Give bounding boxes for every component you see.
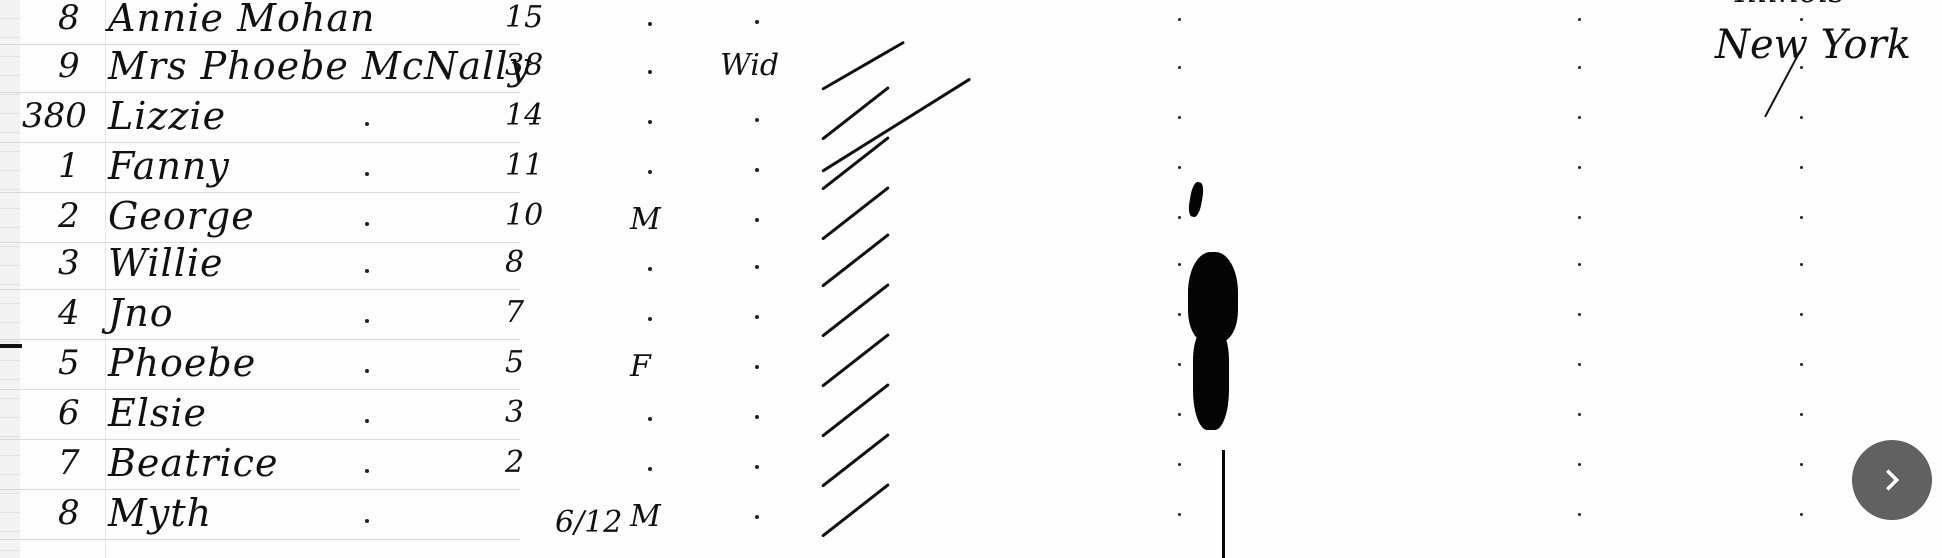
passenger-name: Beatrice <box>108 441 278 485</box>
ink-blot <box>1188 252 1238 342</box>
line-number: 4 <box>58 293 80 333</box>
passenger-name: George <box>108 194 255 238</box>
ink-line <box>1222 450 1225 558</box>
ditto-dot <box>1178 363 1181 366</box>
age-value: 3 <box>505 395 524 430</box>
record-row: 2George10M <box>0 198 1942 248</box>
ditto-dot <box>648 120 652 124</box>
ditto-dot <box>1178 166 1181 169</box>
ditto-dot <box>1800 166 1803 169</box>
ditto-dot <box>1578 313 1581 316</box>
record-row: 9Mrs Phoebe McNally38Wid <box>0 48 1942 98</box>
record-row: 3Willie8 <box>0 245 1942 295</box>
ditto-dot <box>365 122 369 126</box>
age-value: 38 <box>505 48 543 83</box>
record-row: 7Beatrice2 <box>0 445 1942 495</box>
margin-tick-mark <box>0 344 22 348</box>
ditto-dot <box>1178 66 1181 69</box>
age-value: 2 <box>505 445 524 480</box>
ditto-dot <box>1800 18 1803 21</box>
ditto-dot <box>365 269 369 273</box>
line-number: 2 <box>58 196 80 236</box>
sex-value: F <box>630 349 651 384</box>
ditto-dot <box>1800 216 1803 219</box>
ditto-dot <box>1578 513 1581 516</box>
ditto-dot <box>1800 116 1803 119</box>
ditto-dot <box>1578 166 1581 169</box>
ditto-dot <box>1178 18 1181 21</box>
occupation-value: Wid <box>720 48 779 83</box>
ruled-line <box>0 92 520 93</box>
ditto-dot <box>648 267 652 271</box>
ditto-dot <box>1578 18 1581 21</box>
passenger-name: Jno <box>108 291 174 335</box>
ditto-dot <box>1178 116 1181 119</box>
ditto-dot <box>1800 413 1803 416</box>
passenger-name: Myth <box>108 491 212 535</box>
ruled-line <box>0 192 520 193</box>
record-row: 380Lizzie14 <box>0 98 1942 148</box>
line-number: 6 <box>58 393 80 433</box>
ditto-dot <box>648 417 652 421</box>
sex-value: M <box>630 499 661 534</box>
ink-blot <box>1193 330 1229 430</box>
ditto-dot <box>1578 66 1581 69</box>
ditto-dot <box>1800 463 1803 466</box>
ditto-dot <box>365 369 369 373</box>
ditto-dot <box>755 415 759 419</box>
ditto-dot <box>1578 263 1581 266</box>
ditto-dot <box>1800 313 1803 316</box>
ditto-dot <box>1578 216 1581 219</box>
line-number: 9 <box>58 46 80 86</box>
age-value: 5 <box>505 345 524 380</box>
ditto-dot <box>648 170 652 174</box>
line-number: 3 <box>58 243 80 283</box>
line-number: 380 <box>22 96 87 136</box>
age-value: 10 <box>505 198 543 233</box>
chevron-right-icon <box>1878 466 1906 494</box>
ruled-line <box>0 489 520 490</box>
ditto-dot <box>1178 463 1181 466</box>
record-row: 6Elsie3 <box>0 395 1942 445</box>
ditto-dot <box>648 22 652 26</box>
line-number: 5 <box>58 343 80 383</box>
ruled-line <box>0 389 520 390</box>
ditto-dot <box>755 465 759 469</box>
age-value: 15 <box>505 0 543 35</box>
line-number: 1 <box>58 146 80 186</box>
ditto-dot <box>1178 216 1181 219</box>
record-row: 8Annie Mohan15 <box>0 0 1942 50</box>
line-number: 7 <box>58 443 80 483</box>
passenger-name: Elsie <box>108 391 207 435</box>
ditto-dot <box>1578 413 1581 416</box>
ruled-line <box>0 539 520 540</box>
ditto-dot <box>755 265 759 269</box>
line-number: 8 <box>58 493 80 533</box>
ruled-line <box>0 339 520 340</box>
ditto-dot <box>1178 513 1181 516</box>
ditto-dot <box>1578 116 1581 119</box>
ditto-dot <box>755 168 759 172</box>
ditto-dot <box>1178 413 1181 416</box>
age-value: 8 <box>505 245 524 280</box>
ditto-dot <box>648 467 652 471</box>
next-image-button[interactable] <box>1852 440 1932 520</box>
ditto-dot <box>365 222 369 226</box>
record-row: 4Jno7 <box>0 295 1942 345</box>
passenger-name: Phoebe <box>108 341 256 385</box>
record-row: 1Fanny11 <box>0 148 1942 198</box>
ditto-dot <box>755 315 759 319</box>
age-value: 11 <box>505 148 543 183</box>
record-row: 5Phoebe5F <box>0 345 1942 395</box>
destination-text: New York <box>1715 22 1911 68</box>
ditto-dot <box>1578 463 1581 466</box>
ditto-slash <box>821 41 905 91</box>
ditto-dot <box>755 515 759 519</box>
ditto-dot <box>1800 513 1803 516</box>
ditto-dot <box>755 365 759 369</box>
ditto-dot <box>1578 363 1581 366</box>
ditto-dot <box>755 118 759 122</box>
age-value: 7 <box>505 295 524 330</box>
age-value: 6/12 <box>555 505 622 540</box>
ruled-line <box>0 439 520 440</box>
destination-top: Illinois <box>1735 0 1845 10</box>
passenger-name: Mrs Phoebe McNally <box>108 44 531 88</box>
record-row: 8Myth6/12M <box>0 495 1942 545</box>
ditto-dot <box>365 519 369 523</box>
ditto-dot <box>1178 263 1181 266</box>
passenger-name: Fanny <box>108 144 230 188</box>
ditto-dot <box>365 419 369 423</box>
ditto-dot <box>1800 263 1803 266</box>
ditto-dot <box>648 70 652 74</box>
ruled-line <box>0 142 520 143</box>
passenger-name: Annie Mohan <box>108 0 376 40</box>
ditto-dot <box>755 218 759 222</box>
ditto-dot <box>1178 313 1181 316</box>
ditto-dot <box>365 319 369 323</box>
ditto-dot <box>365 469 369 473</box>
ditto-dot <box>365 172 369 176</box>
ditto-dot <box>755 20 759 24</box>
document-image-viewer: 8Annie Mohan159Mrs Phoebe McNally38Wid38… <box>0 0 1942 558</box>
ruled-line <box>0 289 520 290</box>
passenger-name: Willie <box>108 241 224 285</box>
age-value: 14 <box>505 98 543 133</box>
ditto-dot <box>648 317 652 321</box>
ditto-dot <box>1800 363 1803 366</box>
passenger-name: Lizzie <box>108 94 226 138</box>
sex-value: M <box>630 202 661 237</box>
line-number: 8 <box>58 0 80 38</box>
